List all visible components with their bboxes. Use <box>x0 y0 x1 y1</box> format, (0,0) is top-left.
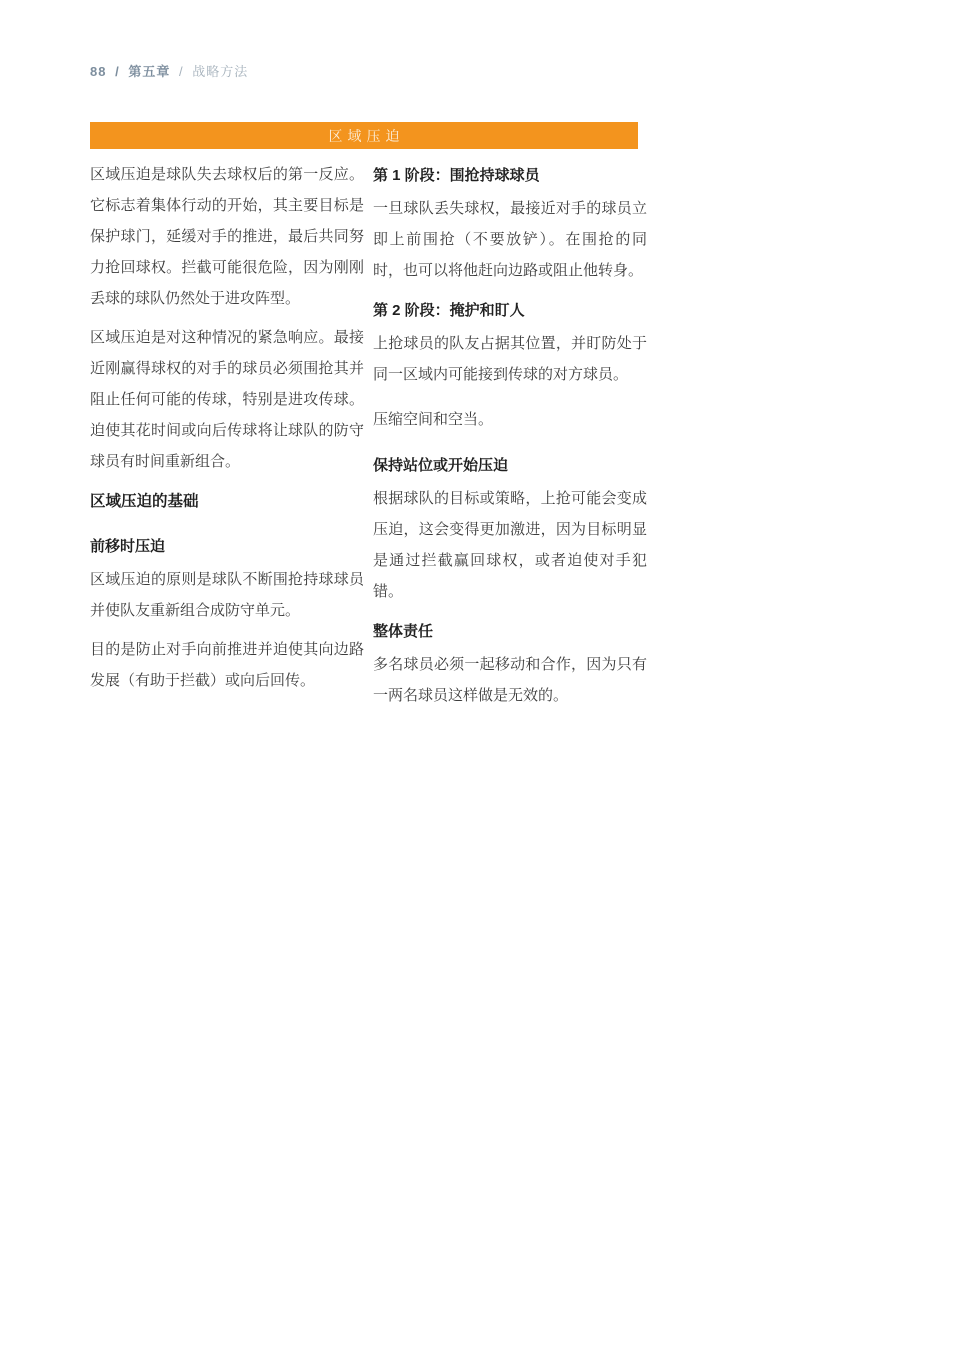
phase-2-paragraph: 上抢球员的队友占据其位置，并盯防处于同一区域内可能接到传球的对方球员。 <box>373 329 647 391</box>
intro-paragraph-1: 区域压迫是球队失去球权后的第一反应。它标志着集体行动的开始，其主要目标是保护球门… <box>90 160 364 315</box>
left-column: 区域压迫是球队失去球权后的第一反应。它标志着集体行动的开始，其主要目标是保护球门… <box>90 160 364 712</box>
document-page: 88 / 第五章 / 战略方法 区域压迫 区域压迫是球队失去球权后的第一反应。它… <box>0 0 959 1356</box>
heading-zone-press-foundations: 区域压迫的基础 <box>90 486 364 517</box>
heading-phase-2: 第 2 阶段：掩护和盯人 <box>373 295 647 326</box>
header-separator-1: / <box>115 64 120 79</box>
heading-collective-responsibility: 整体责任 <box>373 616 647 647</box>
hold-or-press-paragraph: 根据球队的目标或策略，上抢可能会变成压迫，这会变得更加激进，因为目标明显是通过拦… <box>373 484 647 608</box>
section-banner: 区域压迫 <box>90 122 638 149</box>
right-column: 第 1 阶段：围抢持球球员 一旦球队丢失球权，最接近对手的球员立即上前围抢（不要… <box>373 160 647 712</box>
collective-responsibility-paragraph: 多名球员必须一起移动和合作，因为只有一两名球员这样做是无效的。 <box>373 650 647 712</box>
heading-press-when-advancing: 前移时压迫 <box>90 531 364 562</box>
header-separator-2: / <box>179 64 184 79</box>
page-number: 88 <box>90 64 106 79</box>
heading-hold-or-press: 保持站位或开始压迫 <box>373 450 647 481</box>
body-columns: 区域压迫是球队失去球权后的第一反应。它标志着集体行动的开始，其主要目标是保护球门… <box>90 160 647 712</box>
press-principle-paragraph: 区域压迫的原则是球队不断围抢持球球员并使队友重新组合成防守单元。 <box>90 565 364 627</box>
section-label: 战略方法 <box>192 64 248 79</box>
intro-paragraph-2: 区域压迫是对这种情况的紧急响应。最接近刚赢得球权的对手的球员必须围抢其并阻止任何… <box>90 323 364 478</box>
phase-1-paragraph: 一旦球队丢失球权，最接近对手的球员立即上前围抢（不要放铲）。在围抢的同时，也可以… <box>373 194 647 287</box>
chapter-label: 第五章 <box>128 64 170 79</box>
compress-space-note: 压缩空间和空当。 <box>373 405 647 436</box>
banner-title: 区域压迫 <box>324 126 405 146</box>
press-goal-paragraph: 目的是防止对手向前推进并迫使其向边路发展（有助于拦截）或向后回传。 <box>90 635 364 697</box>
heading-phase-1: 第 1 阶段：围抢持球球员 <box>373 160 647 191</box>
page-header: 88 / 第五章 / 战略方法 <box>90 61 252 80</box>
